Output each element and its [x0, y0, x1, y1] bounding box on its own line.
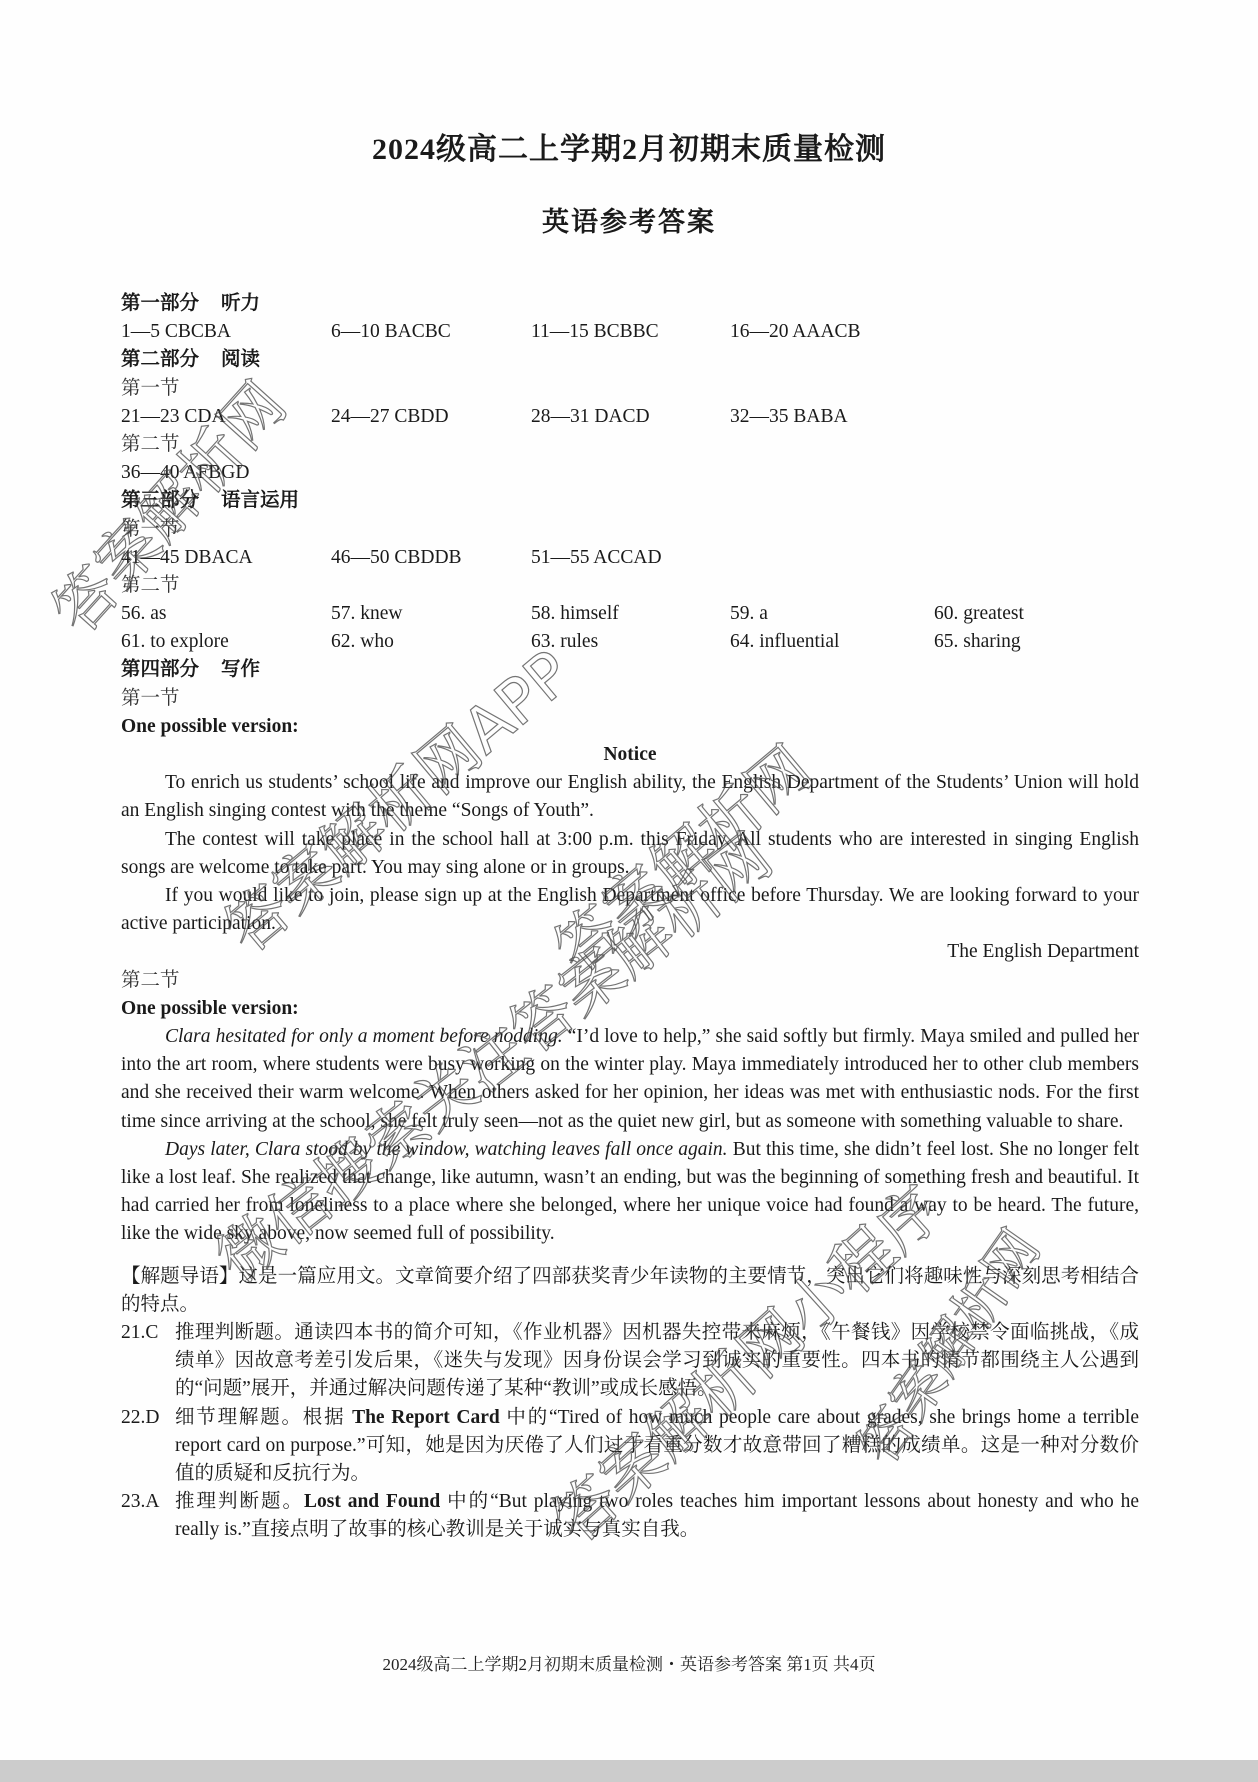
part1-heading: 第一部分听力	[121, 290, 1139, 318]
fill-answer: 57. knew	[331, 600, 403, 628]
notice-title: Notice	[121, 741, 1139, 769]
analysis-intro: 【解题导语】这是一篇应用文。文章简要介绍了四部获奖青少年读物的主要情节，突出它们…	[121, 1263, 1139, 1319]
fill-answer: 56. as	[121, 600, 167, 628]
part2-section2-label: 第二节	[121, 431, 1139, 459]
fill-answer: 60. greatest	[934, 600, 1024, 628]
fill-answer: 61. to explore	[121, 628, 229, 656]
part3-section2-row2: 61. to explore 62. who 63. rules 64. inf…	[121, 628, 1139, 656]
analysis-item: 22.D细节理解题。根据 The Report Card 中的“Tired of…	[121, 1404, 1139, 1489]
answer-group: 51—55 ACCAD	[531, 544, 662, 572]
notice-paragraph: To enrich us students’ school life and i…	[121, 769, 1139, 825]
fill-answer: 62. who	[331, 628, 394, 656]
viewer-bottom-bar	[0, 1760, 1258, 1782]
fill-answer: 59. a	[730, 600, 768, 628]
page-title: 2024级高二上学期2月初期末质量检测	[0, 124, 1258, 168]
part4-section2-label: 第二节	[121, 967, 1139, 995]
part4-section1-label: 第一节	[121, 685, 1139, 713]
part3-section1-answers: 41—45 DBACA 46—50 CBDDB 51—55 ACCAD	[121, 544, 1139, 572]
part2-section2-answers: 36—40 AFBGD	[121, 459, 1139, 487]
fill-answer: 63. rules	[531, 628, 598, 656]
part1-answers: 1—5 CBCBA 6—10 BACBC 11—15 BCBBC 16—20 A…	[121, 318, 1139, 346]
part2-heading: 第二部分阅读	[121, 346, 1139, 374]
answer-group: 1—5 CBCBA	[121, 318, 231, 346]
answer-content: 第一部分听力 1—5 CBCBA 6—10 BACBC 11—15 BCBBC …	[121, 290, 1139, 1545]
answer-group: 32—35 BABA	[730, 403, 848, 431]
answer-group: 41—45 DBACA	[121, 544, 253, 572]
part4-heading: 第四部分写作	[121, 656, 1139, 684]
analysis-item: 21.C推理判断题。通读四本书的简介可知，《作业机器》因机器失控带来麻烦，《午餐…	[121, 1319, 1139, 1404]
answer-group: 21—23 CDA	[121, 403, 226, 431]
fill-answer: 58. himself	[531, 600, 619, 628]
part3-section2-label: 第二节	[121, 572, 1139, 600]
fill-answer: 64. influential	[730, 628, 839, 656]
part3-heading: 第三部分语言运用	[121, 487, 1139, 515]
part3-section1-label: 第一节	[121, 516, 1139, 544]
answer-group: 11—15 BCBBC	[531, 318, 659, 346]
story-paragraph: Days later, Clara stood by the window, w…	[121, 1136, 1139, 1249]
part2-section1-answers: 21—23 CDA 24—27 CBDD 28—31 DACD 32—35 BA…	[121, 403, 1139, 431]
answer-group: 24—27 CBDD	[331, 403, 449, 431]
version-label: One possible version:	[121, 713, 1139, 741]
answer-group: 6—10 BACBC	[331, 318, 451, 346]
answer-group: 28—31 DACD	[531, 403, 650, 431]
version-label: One possible version:	[121, 995, 1139, 1023]
document-page: 2024级高二上学期2月初期末质量检测 英语参考答案 第一部分听力 1—5 CB…	[0, 0, 1258, 1760]
answer-group: 46—50 CBDDB	[331, 544, 462, 572]
notice-paragraph: If you would like to join, please sign u…	[121, 882, 1139, 938]
analysis-number: 22.D	[121, 1404, 159, 1432]
part3-section2-row1: 56. as 57. knew 58. himself 59. a 60. gr…	[121, 600, 1139, 628]
analysis-number: 21.C	[121, 1319, 158, 1347]
notice-paragraph: The contest will take place in the schoo…	[121, 826, 1139, 882]
page-subtitle: 英语参考答案	[0, 200, 1258, 239]
fill-answer: 65. sharing	[934, 628, 1021, 656]
answer-group: 16—20 AAACB	[730, 318, 861, 346]
analysis-number: 23.A	[121, 1488, 159, 1516]
part2-section1-label: 第一节	[121, 375, 1139, 403]
analysis-item: 23.A推理判断题。Lost and Found 中的“But playing …	[121, 1488, 1139, 1544]
page-footer: 2024级高二上学期2月初期末质量检测・英语参考答案 第1页 共4页	[0, 1650, 1258, 1675]
answer-group: 36—40 AFBGD	[121, 459, 249, 487]
notice-signature: The English Department	[121, 938, 1139, 966]
story-paragraph: Clara hesitated for only a moment before…	[121, 1023, 1139, 1136]
